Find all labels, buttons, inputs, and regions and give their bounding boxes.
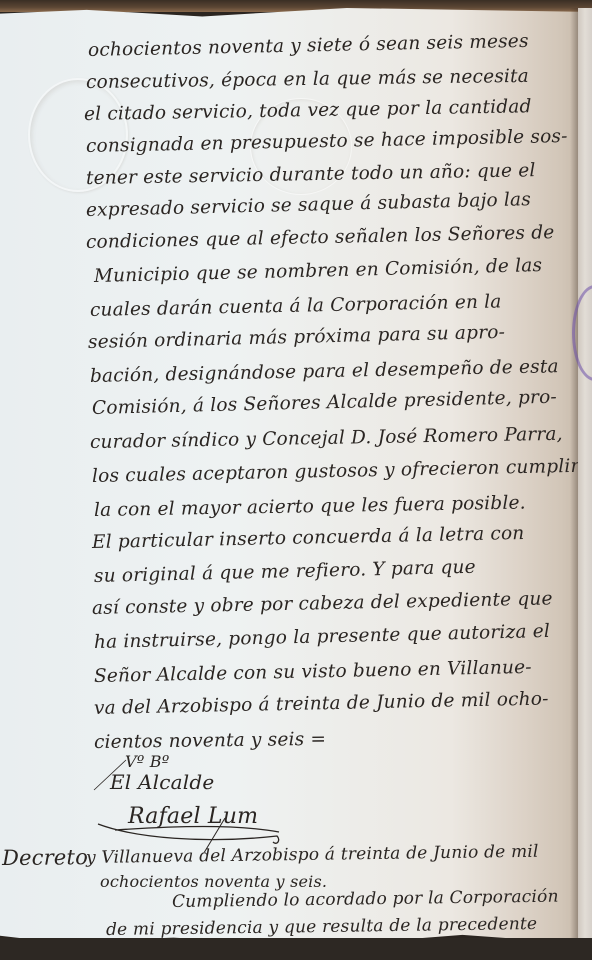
manuscript-line: Municipio que se nombren en Comisión, de… bbox=[94, 255, 543, 287]
manuscript-page: ochocientos noventa y siete ó sean seis … bbox=[0, 8, 578, 948]
manuscript-line: Comisión, á los Señores Alcalde presiden… bbox=[92, 387, 557, 419]
manuscript-line: El particular inserto concuerda á la let… bbox=[92, 523, 525, 553]
manuscript-line: consecutivos, época en la que más se nec… bbox=[86, 66, 529, 93]
document-photo: ochocientos noventa y siete ó sean seis … bbox=[0, 0, 592, 960]
decree-heading: Decreto bbox=[2, 845, 88, 870]
pen-stroke-icon bbox=[90, 756, 130, 796]
manuscript-line: tener este servicio durante todo un año:… bbox=[86, 160, 536, 189]
next-page-edge bbox=[578, 8, 592, 950]
manuscript-line: ochocientos noventa y siete ó sean seis … bbox=[88, 31, 529, 61]
manuscript-line: va del Arzobispo á treinta de Junio de m… bbox=[94, 688, 549, 719]
vo-bo-mark: Vº Bº bbox=[125, 752, 169, 771]
decree-line: Cumpliendo lo acordado por la Corporació… bbox=[172, 887, 559, 912]
manuscript-line: el citado servicio, toda vez que por la … bbox=[84, 96, 532, 125]
decree-line: de mi presidencia y que resulta de la pr… bbox=[106, 914, 538, 940]
bottom-edge bbox=[0, 938, 592, 960]
manuscript-line: los cuales aceptaron gustosos y ofrecier… bbox=[92, 456, 586, 487]
manuscript-line: cuales darán cuenta á la Corporación en … bbox=[90, 291, 502, 321]
manuscript-line: bación, designándose para el desempeño d… bbox=[90, 356, 559, 387]
manuscript-line: consignada en presupuesto se hace imposi… bbox=[86, 126, 568, 157]
page-fold-shadow bbox=[570, 8, 578, 953]
manuscript-line: curador síndico y Concejal D. José Romer… bbox=[90, 424, 563, 453]
manuscript-line: ha instruirse, pongo la presente que aut… bbox=[94, 621, 551, 653]
manuscript-body: ochocientos noventa y siete ó sean seis … bbox=[0, 8, 578, 948]
manuscript-line: la con el mayor acierto que les fuera po… bbox=[94, 492, 526, 521]
decree-line: ochocientos noventa y seis. bbox=[100, 872, 327, 891]
manuscript-line: así conste y obre por cabeza del expedie… bbox=[92, 588, 553, 619]
manuscript-line: sesión ordinaria más próxima para su apr… bbox=[88, 322, 506, 353]
manuscript-line: su original á que me refiero. Y para que bbox=[94, 557, 476, 587]
manuscript-line: Señor Alcalde con su visto bueno en Vill… bbox=[94, 657, 532, 687]
manuscript-line: cientos noventa y seis = bbox=[94, 729, 326, 753]
manuscript-line: expresado servicio se saque á subasta ba… bbox=[86, 189, 531, 221]
manuscript-line: condiciones que al efecto señalen los Se… bbox=[86, 222, 555, 253]
